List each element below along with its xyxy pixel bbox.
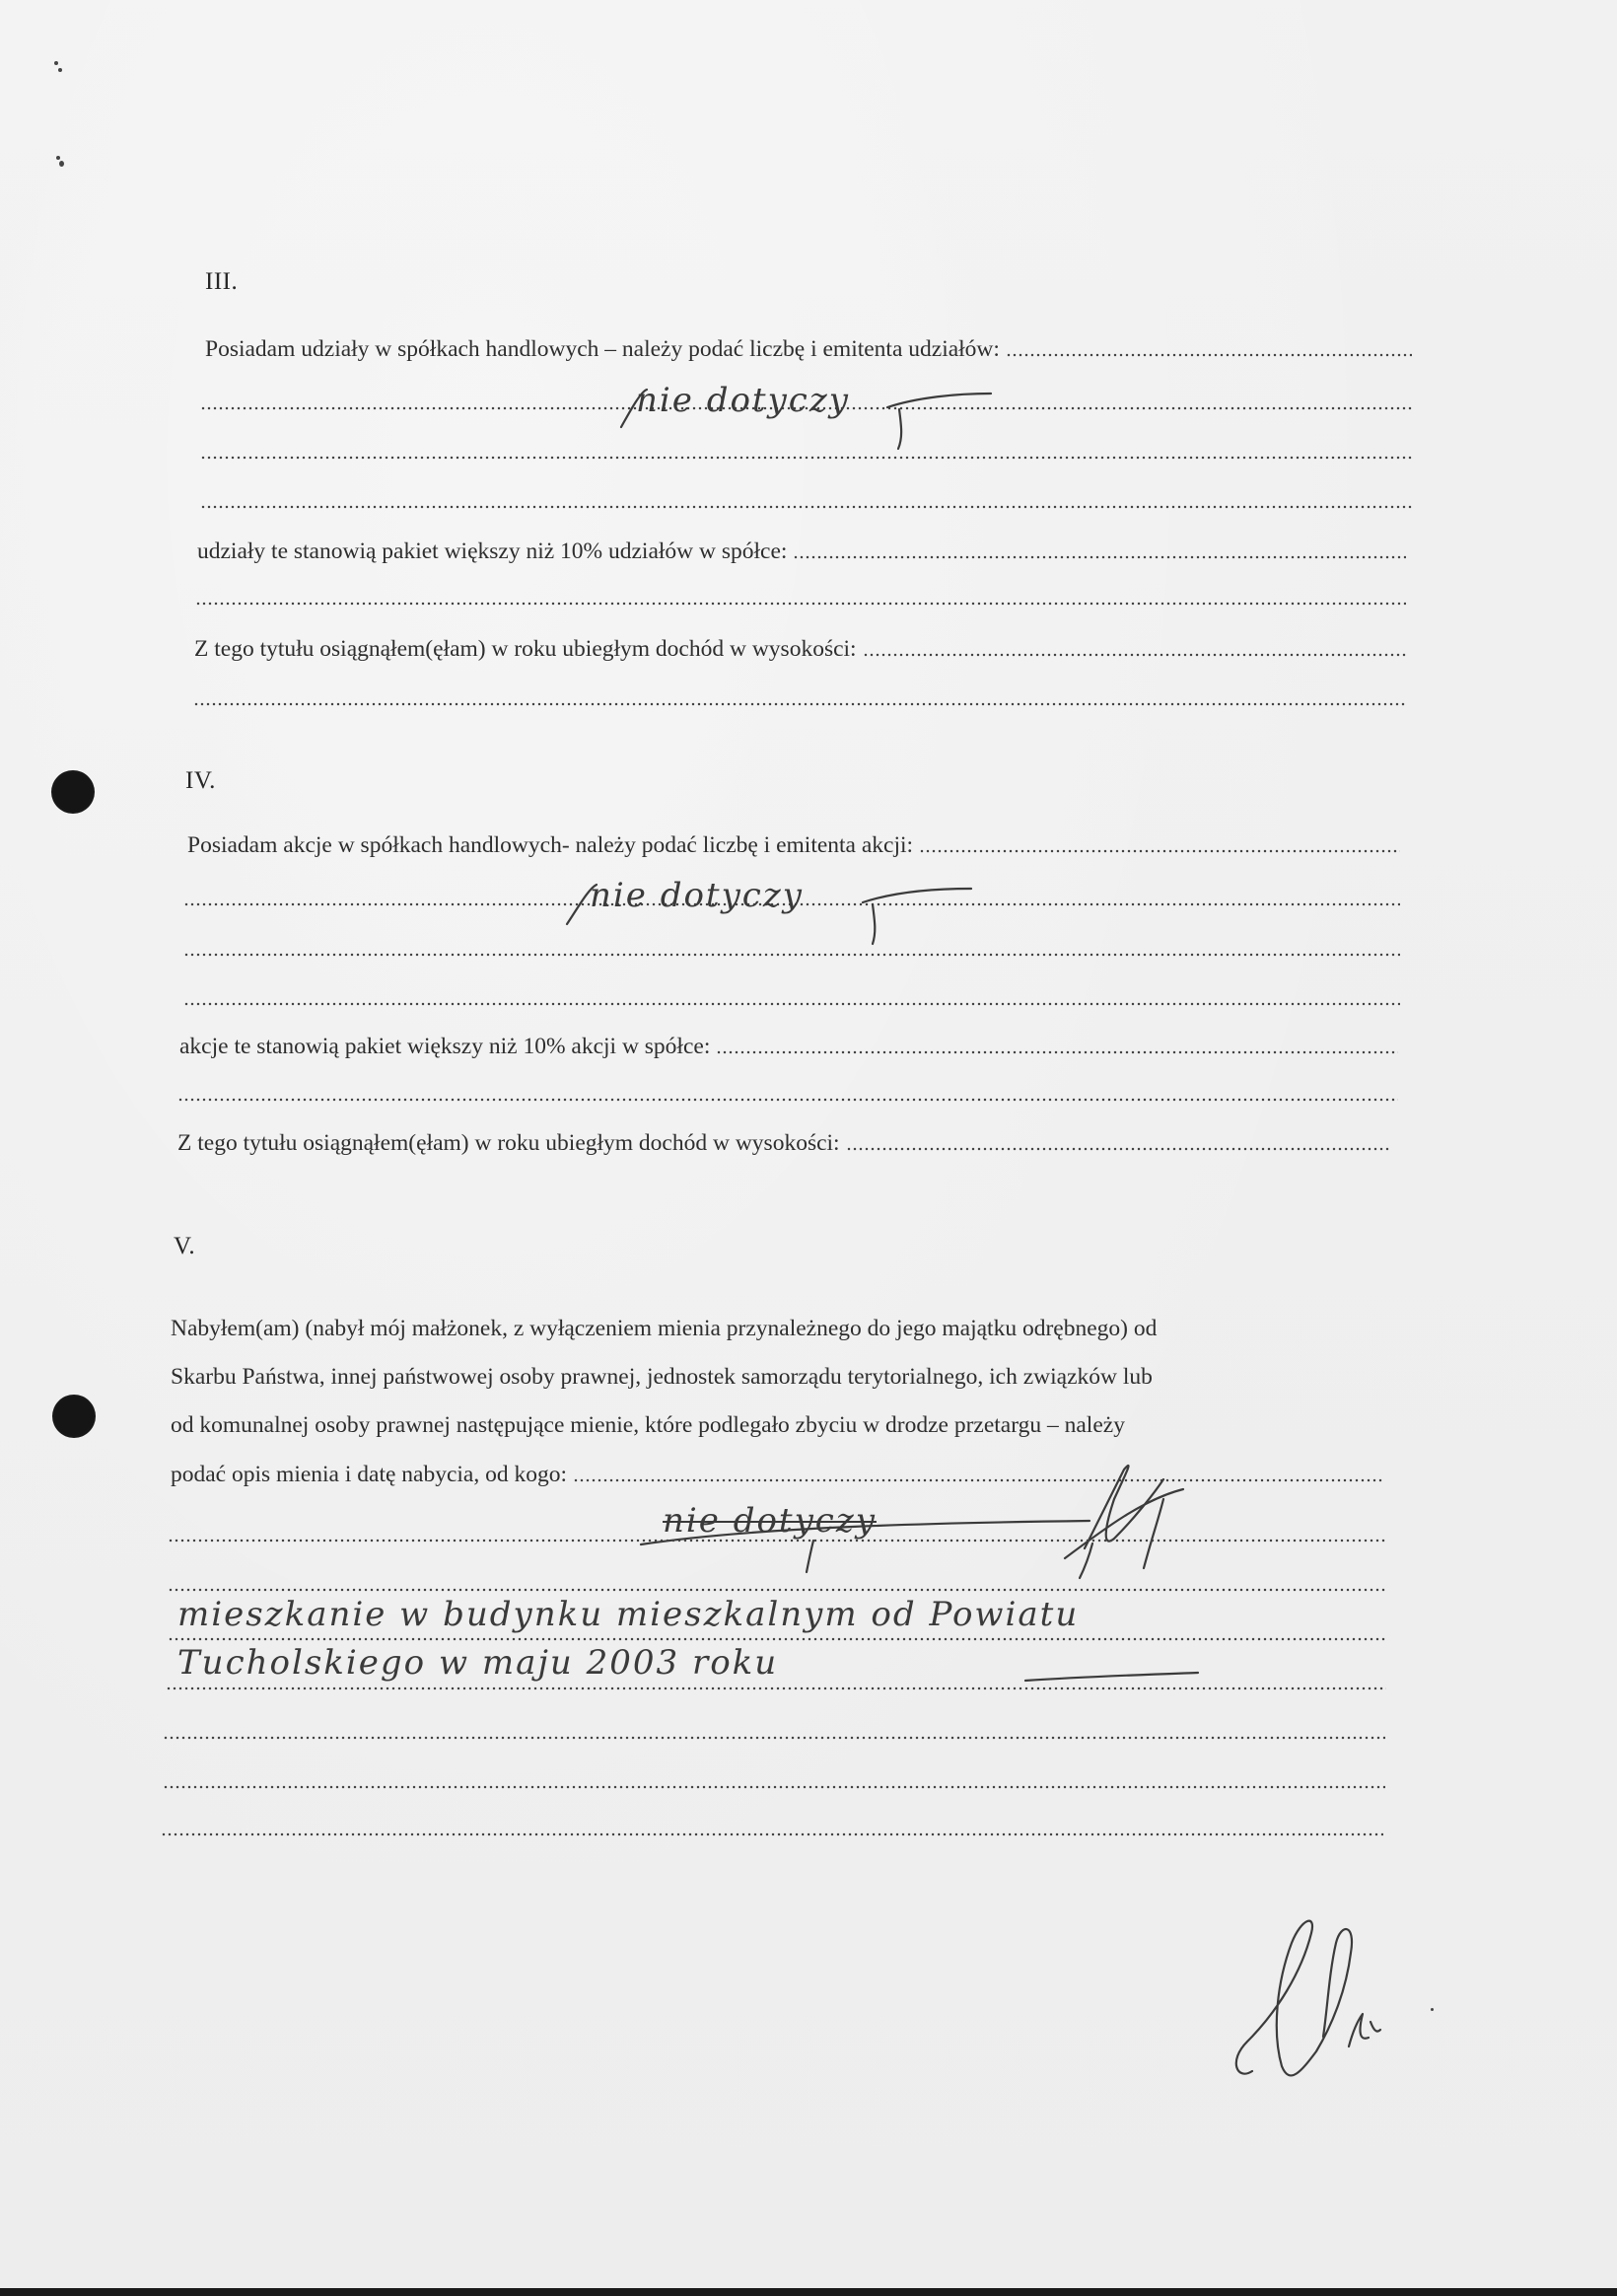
staple-mark (56, 156, 60, 160)
dot-leader (573, 1478, 1383, 1482)
dot-line (168, 1539, 1386, 1543)
section-iii-over-10-question: udziały te stanowią pakiet większy niż 1… (197, 538, 1406, 565)
punch-hole (51, 770, 95, 814)
dot-line (195, 602, 1406, 606)
signature (1232, 1913, 1410, 2111)
signature-dot (1431, 2008, 1434, 2011)
section-v-answer-line[interactable]: Tucholskiego w maju 2003 roku (177, 1643, 778, 1683)
staple-mark (58, 68, 62, 72)
section-iii-heading: III. (205, 268, 238, 296)
strike-flourish (641, 1519, 1094, 1578)
section-iv-over-10-question: akcje te stanowią pakiet większy niż 10%… (179, 1033, 1398, 1060)
section-v-paragraph-line: od komunalnej osoby prawnej następujące … (171, 1412, 1125, 1439)
dot-leader (846, 1147, 1390, 1151)
section-v-paragraph-line: Skarbu Państwa, innej państwowej osoby p… (171, 1364, 1153, 1391)
dot-line (168, 1588, 1386, 1592)
dot-line (177, 1098, 1398, 1102)
punch-hole (52, 1395, 96, 1438)
section-v-paragraph-line: Nabyłem(am) (nabył mój małżonek, z wyłąc… (171, 1316, 1157, 1342)
dot-line (168, 1637, 1386, 1641)
dot-line (193, 702, 1406, 706)
section-v-answer-line[interactable]: mieszkanie w budynku mieszkalnym od Powi… (177, 1595, 1079, 1634)
staple-mark (59, 161, 64, 167)
dot-leader (919, 849, 1400, 853)
dot-line (183, 1002, 1400, 1006)
section-iii-income-question: Z tego tytułu osiągnąłem(ęłam) w roku ub… (194, 635, 1407, 663)
section-iv-income-question: Z tego tytułu osiągnąłem(ęłam) w roku ub… (177, 1129, 1390, 1157)
dot-leader (1006, 353, 1412, 357)
staple-mark (54, 61, 58, 65)
dot-line (163, 1785, 1385, 1789)
scan-bottom-edge (0, 2288, 1617, 2296)
dot-leader (793, 555, 1406, 559)
dot-line (163, 1736, 1385, 1740)
dot-line (200, 505, 1413, 509)
handwriting-flourish (621, 380, 996, 459)
section-v-final-question: podać opis mienia i datę nabycia, od kog… (171, 1461, 1383, 1488)
dot-line (161, 1832, 1383, 1836)
section-v-heading: V. (174, 1233, 195, 1260)
dot-line (166, 1686, 1386, 1690)
dot-line (200, 456, 1413, 460)
dot-line (183, 953, 1400, 957)
dot-leader (863, 653, 1407, 657)
section-iv-shares-question: Posiadam akcje w spółkach handlowych- na… (187, 831, 1400, 859)
handwriting-flourish (567, 873, 981, 952)
section-iv-heading: IV. (185, 767, 216, 795)
dot-leader (716, 1050, 1398, 1054)
scanned-page: III. Posiadam udziały w spółkach handlow… (0, 0, 1617, 2296)
handwriting-underline (1025, 1667, 1203, 1686)
section-iii-shares-question: Posiadam udziały w spółkach handlowych –… (205, 335, 1412, 363)
